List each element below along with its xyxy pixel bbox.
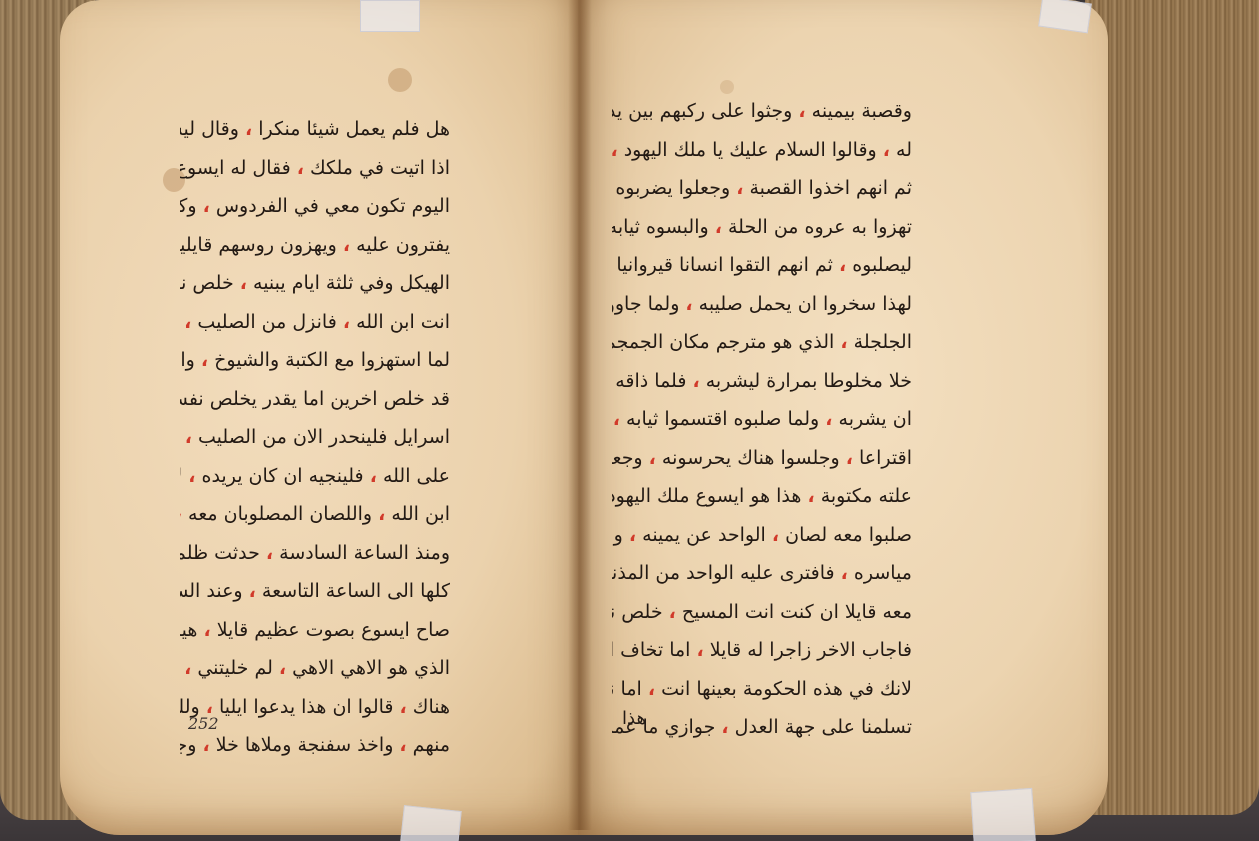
text-line: علته مكتوبة ، هذا هو ايسوع ملك اليهود ، … [612,477,912,516]
text-line: اسرايل فلينحدر الان من الصليب ، فنومن به… [180,418,450,457]
page-number: 252 [188,714,219,733]
text-line: لانك في هذه الحكومة بعينها انت ، اما نحن… [612,670,912,709]
catchword: هذا [622,708,646,729]
text-line: صلبوا معه لصان ، الواحد عن يمينه ، والوا… [612,516,912,555]
text-line: هل فلم يعمل شيئا منكرا ، وقال ليسوع يارب… [180,110,450,149]
text-line: انت ابن الله ، فانزل من الصليب ، وكذلك ر… [180,303,450,342]
text-line: قد خلص اخرين اما يقدر يخلص نفسه ، ان كان… [180,380,450,419]
text-line: تسلمنا على جهة العدل ، جوازي ما عملناه ،… [612,708,912,747]
text-line: له ، وقالوا السلام عليك يا ملك اليهود ، … [612,131,912,170]
text-line: ومنذ الساعة السادسة ، حدثت ظلمة على الار… [180,534,450,573]
text-line: ان يشربه ، ولما صلبوه اقتسموا ثيابه ، وا… [612,400,912,439]
text-line: معه قايلا ان كنت انت المسيح ، خلص نفسك و… [612,593,912,632]
book-gutter [568,0,592,830]
text-line: على الله ، فلينجيه ان كان يريده ، لانه ق… [180,457,450,496]
paper-stain [388,68,412,92]
text-line: ثم انهم اخذوا القصبة ، وجعلوا يضربوه على… [612,169,912,208]
text-line: تهزوا به عروه من الحلة ، والبسوه ثيابه ،… [612,208,912,247]
text-line: اقتراعا ، وجلسوا هناك يحرسونه ، وجعلوا ف… [612,439,912,478]
text-line: هناك ، قالوا ان هذا يدعوا ايليا ، وللوقت… [180,688,450,727]
tape-strip [360,0,420,32]
text-line: اذا اتيت في ملكك ، فقال له ايسوع الحق اق… [180,149,450,188]
text-line: ابن الله ، واللصان المصلوبان معه ، عيراه… [180,495,450,534]
text-line: الذي هو الاهي الاهي ، لم خليتني ، فاد سم… [180,649,450,688]
tape-strip [400,805,461,841]
manuscript-photo: هل فلم يعمل شيئا منكرا ، وقال ليسوع يارب… [0,0,1259,841]
text-line: خلا مخلوطا بمرارة ليشربه ، فلما ذاقه ما … [612,362,912,401]
text-line: صاح ايسوع بصوت عظيم قايلا ، هيلي هيلي ، … [180,611,450,650]
right-page-edges [1085,0,1259,815]
text-line: لهذا سخروا ان يحمل صليبه ، ولما جاووا ال… [612,285,912,324]
text-line: منهم ، واخذ سفنجة وملاها خلا ، وجعلها عل… [180,726,450,765]
text-line: الهيكل وفي ثلثة ايام يبنيه ، خلص نفسك ان… [180,264,450,303]
text-line: كلها الى الساعة التاسعة ، وعند الساعة ال… [180,572,450,611]
text-line: فاجاب الاخر زاجرا له قايلا ، اما تخاف ان… [612,631,912,670]
text-line: يفترون عليه ، ويهزون روسهم قايلين يا نقض [180,226,450,265]
text-line: لما استهزوا مع الكتبة والشيوخ ، والفريسي… [180,341,450,380]
text-line: وقصبة بيمينه ، وجثوا على ركبهم بين يديه … [612,92,912,131]
tape-strip [970,788,1036,841]
text-line: مياسره ، فافترى عليه الواحد من المذنبين … [612,554,912,593]
left-page-text: هل فلم يعمل شيئا منكرا ، وقال ليسوع يارب… [180,110,450,765]
text-line: ليصلبوه ، ثم انهم التقوا انسانا قيروانيا… [612,246,912,285]
text-line: الجلجلة ، الذي هو مترجم مكان الجمجمة ، ا… [612,323,912,362]
right-page-text: وقصبة بيمينه ، وجثوا على ركبهم بين يديه … [612,92,912,747]
text-line: اليوم تكون معي في الفردوس ، وكان المتردد… [180,187,450,226]
